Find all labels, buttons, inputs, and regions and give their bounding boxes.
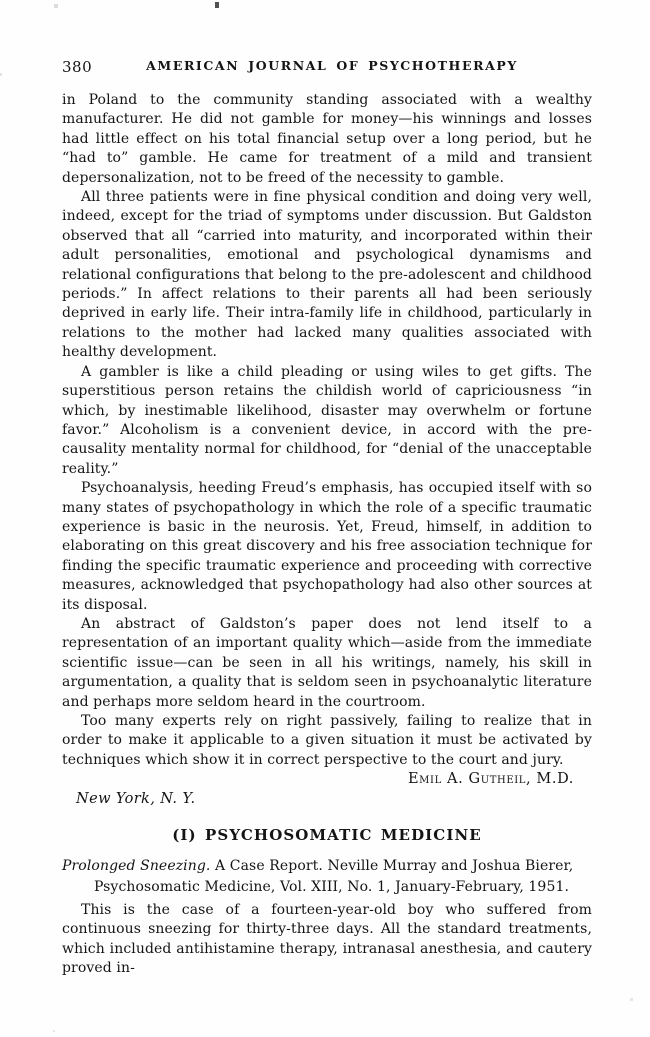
body-paragraph-1: in Poland to the community standing asso…: [62, 91, 592, 188]
scan-speck: [215, 2, 219, 8]
page-header: 380 AMERICAN JOURNAL OF PSYCHOTHERAPY: [62, 58, 592, 76]
body-paragraph-4: Psychoanalysis, heeding Freud’s emphasis…: [62, 479, 592, 615]
journal-title: AMERICAN JOURNAL OF PSYCHOTHERAPY: [62, 58, 592, 73]
citation-title: Prolonged Sneezing.: [62, 858, 210, 874]
citation-source: Psychosomatic Medicine, Vol. XIII, No. 1…: [62, 877, 592, 898]
scan-speck: [0, 73, 2, 76]
abstract-paragraph-1: This is the case of a fourteen-year-old …: [62, 901, 592, 979]
body-paragraph-5: An abstract of Galdston’s paper does not…: [62, 615, 592, 712]
author-signature: Emil A. Gutheil, M.D.: [62, 770, 592, 789]
body-paragraph-6: Too many experts rely on right passively…: [62, 712, 592, 770]
review-abstract-body: in Poland to the community standing asso…: [62, 91, 592, 809]
body-paragraph-2: All three patients were in fine physical…: [62, 188, 592, 363]
scan-speck: [53, 1030, 55, 1032]
citation-line-1: Prolonged Sneezing. A Case Report. Nevil…: [62, 856, 592, 877]
body-paragraph-3: A gambler is like a child pleading or us…: [62, 363, 592, 479]
section-heading: (I) PSYCHOSOMATIC MEDICINE: [62, 826, 592, 844]
scan-speck: [630, 998, 633, 1001]
citation-authors: A Case Report. Neville Murray and Joshua…: [210, 858, 573, 874]
journal-page: 380 AMERICAN JOURNAL OF PSYCHOTHERAPY in…: [0, 0, 650, 1037]
scan-speck: [54, 4, 58, 8]
page-number: 380: [62, 58, 92, 76]
author-location: New York, N. Y.: [62, 790, 592, 809]
case-report-abstract: Prolonged Sneezing. A Case Report. Nevil…: [62, 856, 592, 979]
